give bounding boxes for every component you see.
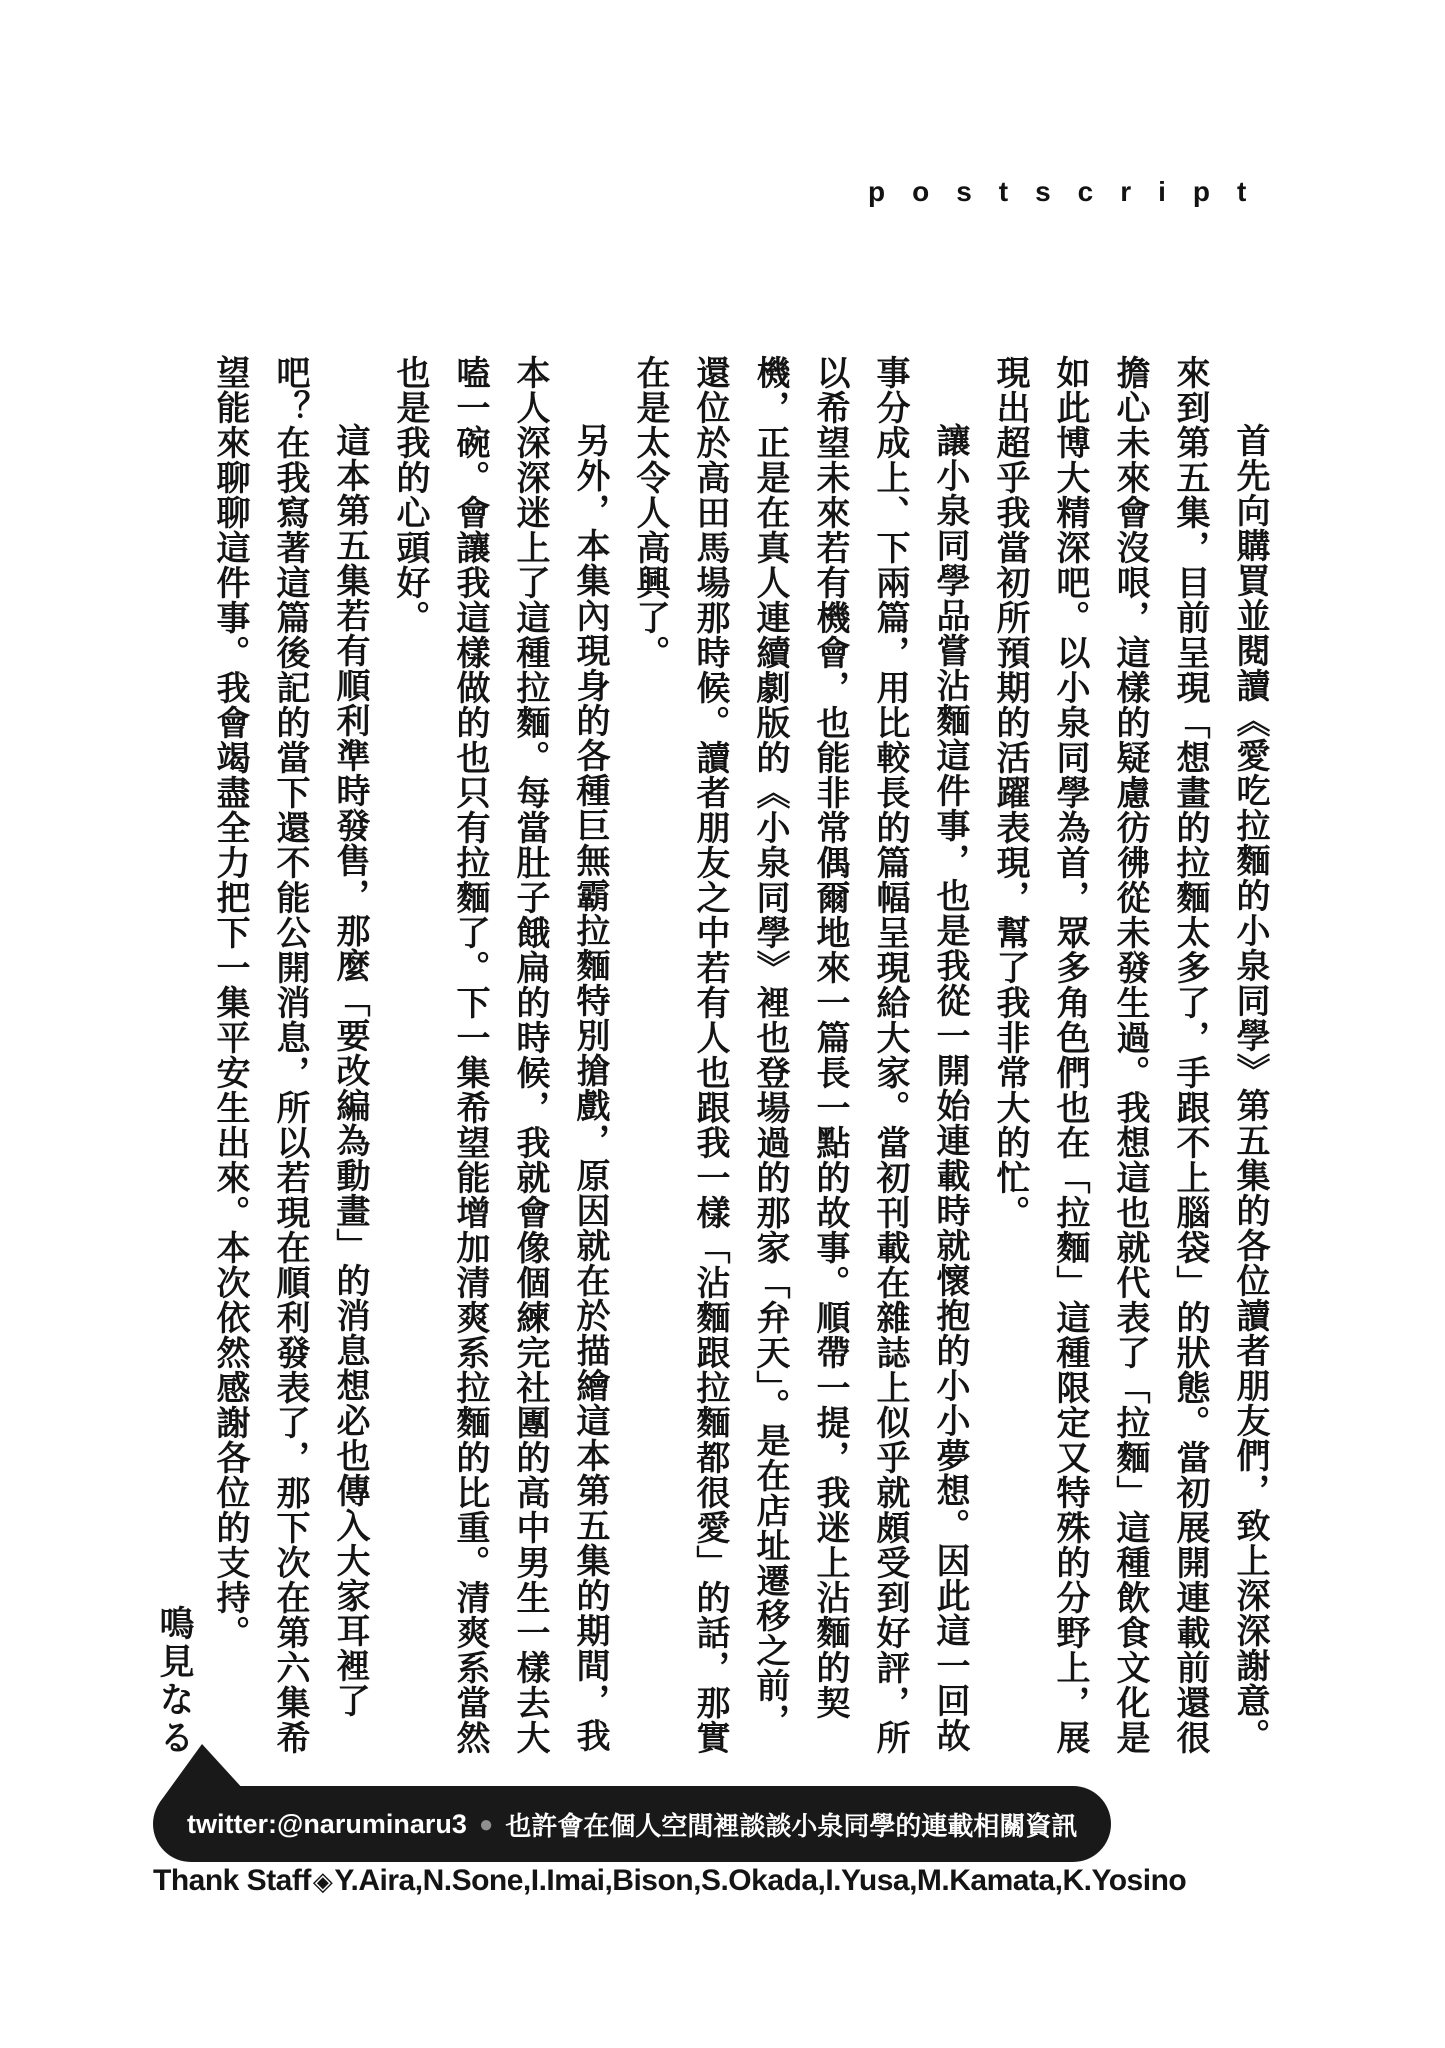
credits-label: Thank Staff bbox=[153, 1864, 311, 1897]
credits-staff-names: Y.Aira,N.Sone,I.Imai,Bison,S.Okada,I.Yus… bbox=[334, 1864, 1186, 1897]
postscript-page: postscript 首先向購買並閱讀《愛吃拉麵的小泉同學》第五集的各位讀者朋友… bbox=[0, 0, 1445, 2048]
afterword-text: 首先向購買並閱讀《愛吃拉麵的小泉同學》第五集的各位讀者朋友們，致上深深謝意。來到… bbox=[130, 355, 1280, 1755]
banner-note: 也許會在個人空間裡談談小泉同學的連載相關資訊 bbox=[505, 1806, 1077, 1843]
page-title: postscript bbox=[868, 176, 1273, 208]
staff-credits: Thank Staff◈Y.Aira,N.Sone,I.Imai,Bison,S… bbox=[153, 1864, 1186, 1898]
afterword-paragraph-2: 讓小泉同學品嘗沾麵這件事，也是我從一開始連載時就懷抱的小小夢想。因此這一回故事分… bbox=[620, 355, 980, 1755]
credits-separator-icon: ◈ bbox=[311, 1866, 335, 1896]
afterword-paragraph-3: 另外，本集內現身的各種巨無霸拉麵特別搶戲，原因就在於描繪這本第五集的期間，我本人… bbox=[380, 355, 620, 1755]
author-signature: 鳴見なる bbox=[149, 1605, 199, 1757]
afterword-paragraph-1: 首先向購買並閱讀《愛吃拉麵的小泉同學》第五集的各位讀者朋友們，致上深深謝意。來到… bbox=[980, 355, 1280, 1755]
twitter-banner: twitter:@naruminaru3 ● 也許會在個人空間裡談談小泉同學的連… bbox=[153, 1786, 1111, 1862]
twitter-handle[interactable]: twitter:@naruminaru3 bbox=[187, 1809, 467, 1840]
afterword-paragraph-4: 這本第五集若有順利準時發售，那麼「要改編為動畫」的消息想必也傳入大家耳裡了吧？在… bbox=[200, 355, 380, 1755]
separator-dot-icon: ● bbox=[479, 1813, 494, 1837]
